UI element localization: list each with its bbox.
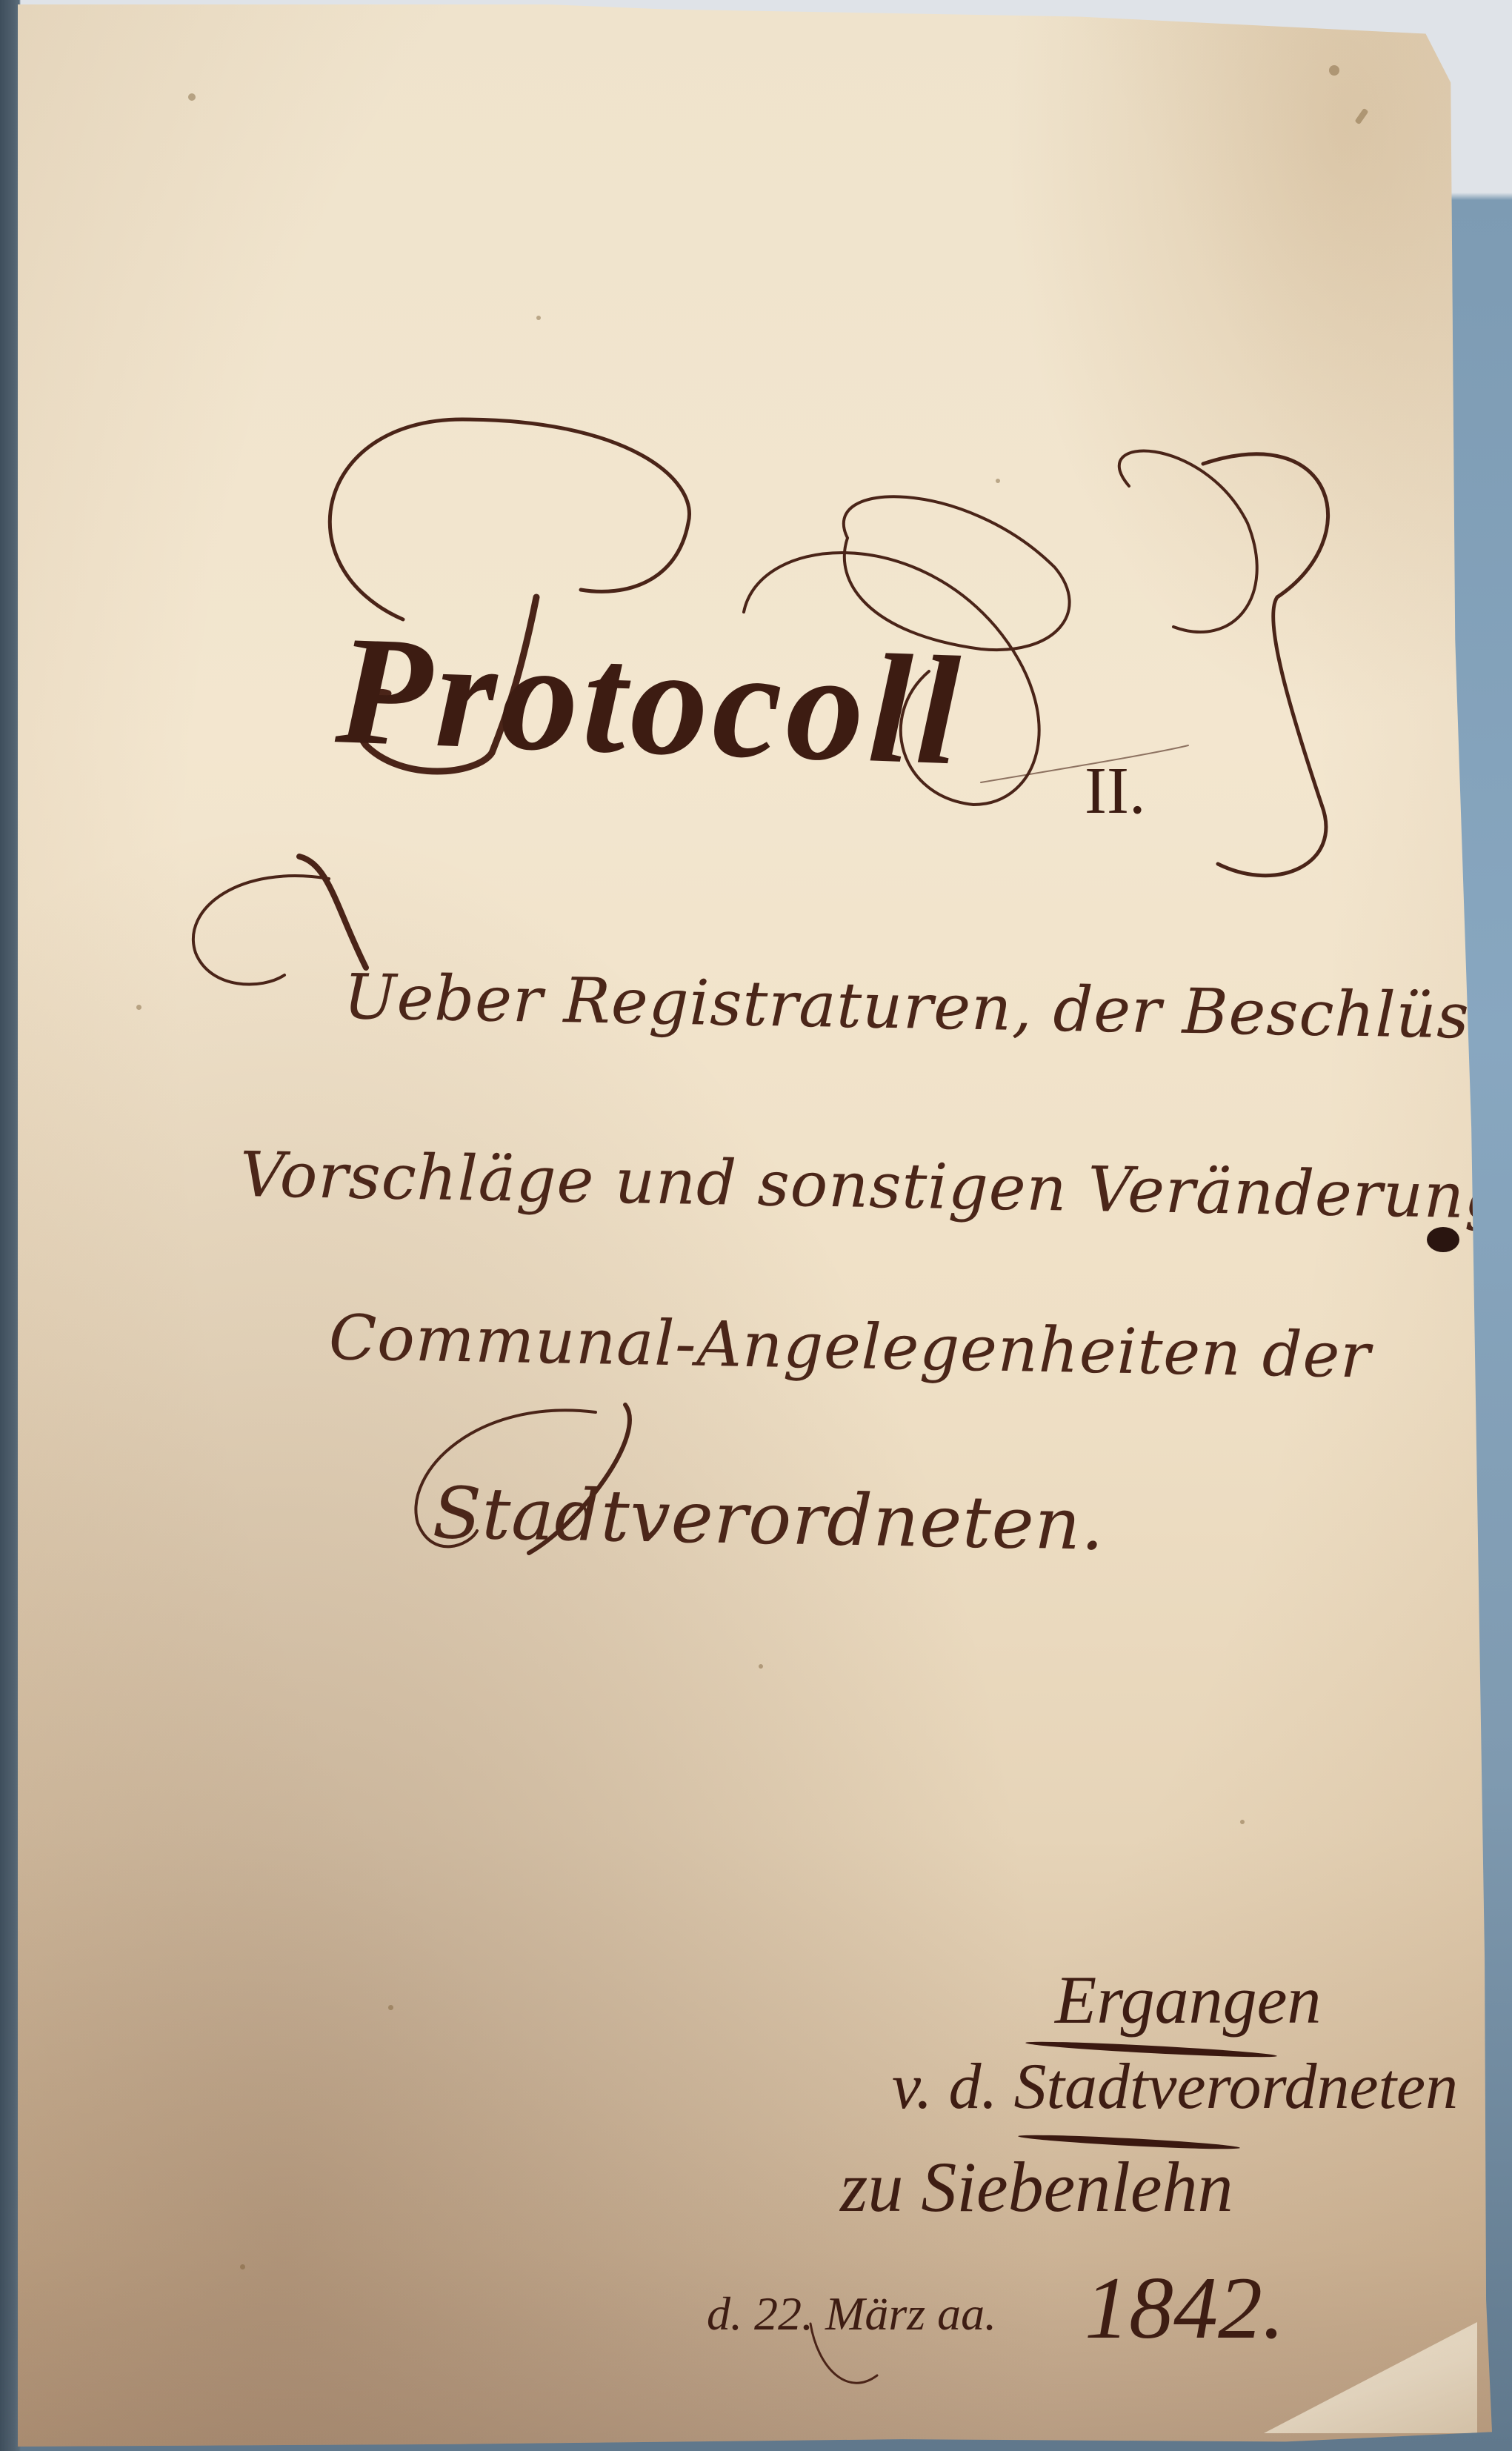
year: 1842.: [1085, 2257, 1285, 2359]
closing-line-stadtverordneten: v. d. Stadtverordneten: [892, 2049, 1458, 2124]
paper-speck: [136, 1005, 141, 1010]
closing-line-ergangen: Ergangen: [1055, 1961, 1321, 2039]
volume-numeral: II.: [1085, 753, 1145, 829]
closing-line-place: zu Siebenlehn: [840, 2146, 1233, 2228]
paper-speck: [1354, 108, 1368, 125]
paper-speck: [1329, 65, 1339, 76]
paper-speck: [188, 93, 196, 101]
document-page: Protocoll II. Ueber Registraturen, der B…: [18, 4, 1492, 2447]
paper-speck: [240, 2264, 245, 2269]
paper-speck: [1240, 1820, 1245, 1824]
paper-speck: [996, 479, 1000, 483]
subtitle-line-1: Ueber Registraturen, der Beschlüsse,: [343, 960, 1512, 1054]
paper-speck: [536, 316, 541, 320]
document-title: Protocoll: [333, 601, 967, 801]
ink-blot: [1427, 1227, 1459, 1252]
photo-scene: Protocoll II. Ueber Registraturen, der B…: [0, 0, 1512, 2451]
paper-speck: [388, 2005, 393, 2010]
subtitle-line-4: Stadtverordneten.: [432, 1471, 1105, 1566]
subtitle-line-2: Vorschläge und sonstigen Veränderungen i…: [239, 1138, 1512, 1238]
date-line: d. 22. März aa.: [707, 2287, 996, 2341]
paper-speck: [759, 1664, 763, 1669]
subtitle-line-3: Communal-Angelegenheiten der: [328, 1301, 1371, 1392]
